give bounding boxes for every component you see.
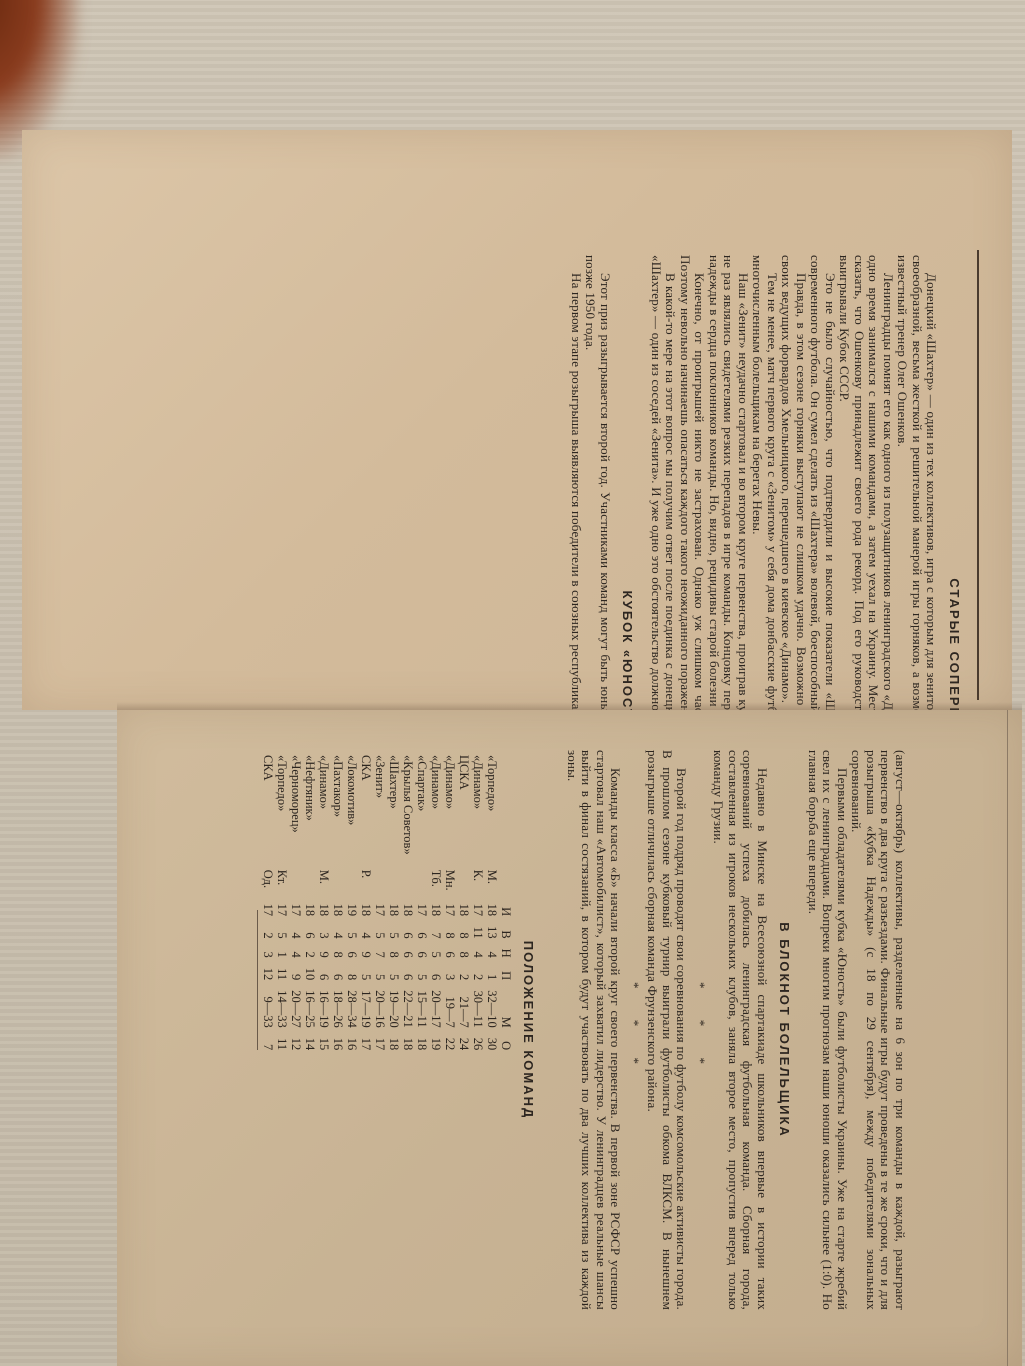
goals: 18—26 [331,985,345,1033]
goals: 16—19 [317,985,331,1033]
draws: 8 [457,944,471,963]
table-row: «Шахтер»1858519—2018 [387,750,401,1055]
table-row: «Динамо»Мн.1786319—722 [443,750,457,1055]
table-row: «Нефтяник»18621016—2514 [303,750,317,1055]
draws: 5 [429,944,443,963]
points: 18 [401,1033,415,1056]
games-played: 17 [373,899,387,922]
points: 30 [485,1033,499,1056]
team-city [401,865,415,899]
table-row: «Торпедо»М.18134132—1030 [485,750,499,1055]
paragraph: Второй год подряд проводят свои соревнов… [645,750,689,1310]
team-city: Тб. [429,865,443,899]
losses: 6 [317,963,331,986]
points: 14 [303,1033,317,1056]
losses: 3 [443,963,457,986]
points: 12 [289,1033,303,1056]
goals: 20—17 [429,985,443,1033]
team-city [289,865,303,899]
team-city: М. [317,865,331,899]
table-row: «Торпедо»Кт.17511114—3311 [275,750,289,1055]
column-header [499,750,513,865]
draws: 6 [443,944,457,963]
points: 17 [373,1033,387,1056]
team-name: «Черноморец» [289,750,303,865]
team-city [373,865,387,899]
notebook-title: В БЛОКНОТ БОЛЕЛЬЩИКА [777,750,792,1310]
team-city: М. [485,865,499,899]
goals: 19—7 [443,985,457,1033]
program-booklet: СТАРЫЕ СОПЕРНИКИ Донецкий «Шахтер» — оди… [22,130,1022,1366]
draws: 4 [471,944,485,963]
team-city: Кт. [275,865,289,899]
paragraph: Команды класса «Б» начали второй круг св… [565,750,623,1310]
column-header: М [499,985,513,1033]
points: 22 [443,1033,457,1056]
games-played: 17 [443,899,457,922]
draws: 4 [485,944,499,963]
wins: 7 [429,921,443,944]
team-name: «Спартак» [415,750,429,865]
team-name: «Пахтакор» [331,750,345,865]
team-name: «Динамо» [443,750,457,865]
points: 16 [345,1033,359,1056]
page-edge-line [1007,710,1008,1366]
standings-section: ПОЛОЖЕНИЕ КОМАНД ИВНПМО «Торпедо»М.18134… [261,750,542,1310]
losses: 2 [457,963,471,986]
points: 7 [261,1033,275,1056]
goals: 15—11 [415,985,429,1033]
left-page: СТАРЫЕ СОПЕРНИКИ Донецкий «Шахтер» — оди… [22,130,1012,710]
losses: 9 [289,963,303,986]
games-played: 18 [387,899,401,922]
points: 11 [275,1033,289,1056]
losses: 5 [373,963,387,986]
games-played: 18 [359,899,373,922]
table-row: «Динамо»Тб.1875620—1719 [429,750,443,1055]
games-played: 17 [415,899,429,922]
team-name: СКА [359,750,373,865]
points: 18 [415,1033,429,1056]
fan-notebook-article: (август—октябрь) коллективы, разделенные… [565,750,908,1310]
wins: 5 [387,921,401,944]
wins: 5 [345,921,359,944]
column-header [499,865,513,899]
points: 19 [429,1033,443,1056]
table-row: ЦСКА1888221—724 [457,750,471,1055]
draws: 6 [345,944,359,963]
team-name: СКА [261,750,275,865]
draws: 3 [261,944,275,963]
team-name: «Динамо» [471,750,485,865]
team-city: К. [471,865,485,899]
losses: 2 [471,963,485,986]
draws: 2 [303,944,317,963]
points: 16 [331,1033,345,1056]
header-rule [977,250,979,700]
draws: 7 [373,944,387,963]
column-header: О [499,1033,513,1056]
games-played: 18 [485,899,499,922]
table-row: «Спартак»1766515—1118 [415,750,429,1055]
points: 15 [317,1033,331,1056]
wins: 5 [373,921,387,944]
goals: 22—21 [401,985,415,1033]
table-row: «Динамо»М.1839616—1915 [317,750,331,1055]
games-played: 17 [261,899,275,922]
team-city [345,865,359,899]
losses: 5 [415,963,429,986]
games-played: 18 [331,899,345,922]
losses: 6 [401,963,415,986]
wins: 6 [415,921,429,944]
goals: 30—11 [471,985,485,1033]
draws: 8 [387,944,401,963]
team-name: «Торпедо» [275,750,289,865]
wins: 5 [275,921,289,944]
losses: 8 [345,963,359,986]
draws: 4 [289,944,303,963]
losses: 5 [359,963,373,986]
team-name: ЦСКА [457,750,471,865]
table-row: «Пахтакор»1848618—2616 [331,750,345,1055]
draws: 8 [331,944,345,963]
wins: 2 [261,921,275,944]
separator: * * * [693,750,708,1310]
team-name: «Крылья Советов» [401,750,415,865]
team-name: «Нефтяник» [303,750,317,865]
losses: 6 [331,963,345,986]
games-played: 17 [471,899,485,922]
column-header: И [499,899,513,922]
points: 17 [359,1033,373,1056]
games-played: 17 [289,899,303,922]
games-played: 17 [275,899,289,922]
games-played: 18 [317,899,331,922]
right-page: (август—октябрь) коллективы, разделенные… [117,710,1022,1366]
goals: 32—10 [485,985,499,1033]
team-name: «Динамо» [317,750,331,865]
wins: 13 [485,921,499,944]
wins: 6 [303,921,317,944]
table-row: «Зенит»1757520—1617 [373,750,387,1055]
losses: 10 [303,963,317,986]
team-name: «Локомотив» [345,750,359,865]
losses: 12 [261,963,275,986]
goals: 21—7 [457,985,471,1033]
losses: 1 [485,963,499,986]
paragraph: Первыми обладателями кубка «Юность» были… [806,750,850,1310]
table-row: СКАОд.1723129—337 [261,750,275,1055]
goals: 17—19 [359,985,373,1033]
team-city [457,865,471,899]
table-end-rule [257,910,258,1050]
wins: 4 [359,921,373,944]
games-played: 18 [401,899,415,922]
team-name: «Динамо» [429,750,443,865]
table-row: «Локомотив»1956828—3416 [345,750,359,1055]
team-city: Од. [261,865,275,899]
losses: 11 [275,963,289,986]
wins: 8 [457,921,471,944]
team-city: Мн. [443,865,457,899]
goals: 9—33 [261,985,275,1033]
losses: 6 [429,963,443,986]
draws: 9 [359,944,373,963]
draws: 6 [415,944,429,963]
team-name: «Шахтер» [387,750,401,865]
games-played: 18 [457,899,471,922]
standings-title: ПОЛОЖЕНИЕ КОМАНД [521,750,536,1310]
wins: 4 [289,921,303,944]
points: 18 [387,1033,401,1056]
team-name: «Торпедо» [485,750,499,865]
standings-table: ИВНПМО «Торпедо»М.18134132—1030«Динамо»К… [261,750,513,1055]
goals: 16—25 [303,985,317,1033]
games-played: 19 [345,899,359,922]
column-header: В [499,921,513,944]
games-played: 18 [429,899,443,922]
team-name: «Зенит» [373,750,387,865]
points: 24 [457,1033,471,1056]
wins: 11 [471,921,485,944]
goals: 14—33 [275,985,289,1033]
separator: * * * [627,750,642,1310]
goals: 20—16 [373,985,387,1033]
wins: 6 [401,921,415,944]
paragraph: (август—октябрь) коллективы, разделенные… [849,750,907,1310]
goals: 20—27 [289,985,303,1033]
points: 26 [471,1033,485,1056]
table-row: «Динамо»К.17114230—1126 [471,750,485,1055]
games-played: 18 [303,899,317,922]
wins: 3 [317,921,331,944]
team-city [331,865,345,899]
column-header: П [499,963,513,986]
team-city [387,865,401,899]
table-row: СКАР.1849517—1917 [359,750,373,1055]
losses: 5 [387,963,401,986]
team-city: Р. [359,865,373,899]
draws: 9 [317,944,331,963]
wins: 4 [331,921,345,944]
draws: 1 [275,944,289,963]
goals: 28—34 [345,985,359,1033]
paragraph: Недавно в Минске на Всесоюзной спартакиа… [711,750,769,1310]
wins: 8 [443,921,457,944]
team-city [303,865,317,899]
table-row: «Черноморец»1744920—2712 [289,750,303,1055]
goals: 19—20 [387,985,401,1033]
draws: 6 [401,944,415,963]
column-header: Н [499,944,513,963]
team-city [415,865,429,899]
table-row: «Крылья Советов»1866622—2118 [401,750,415,1055]
